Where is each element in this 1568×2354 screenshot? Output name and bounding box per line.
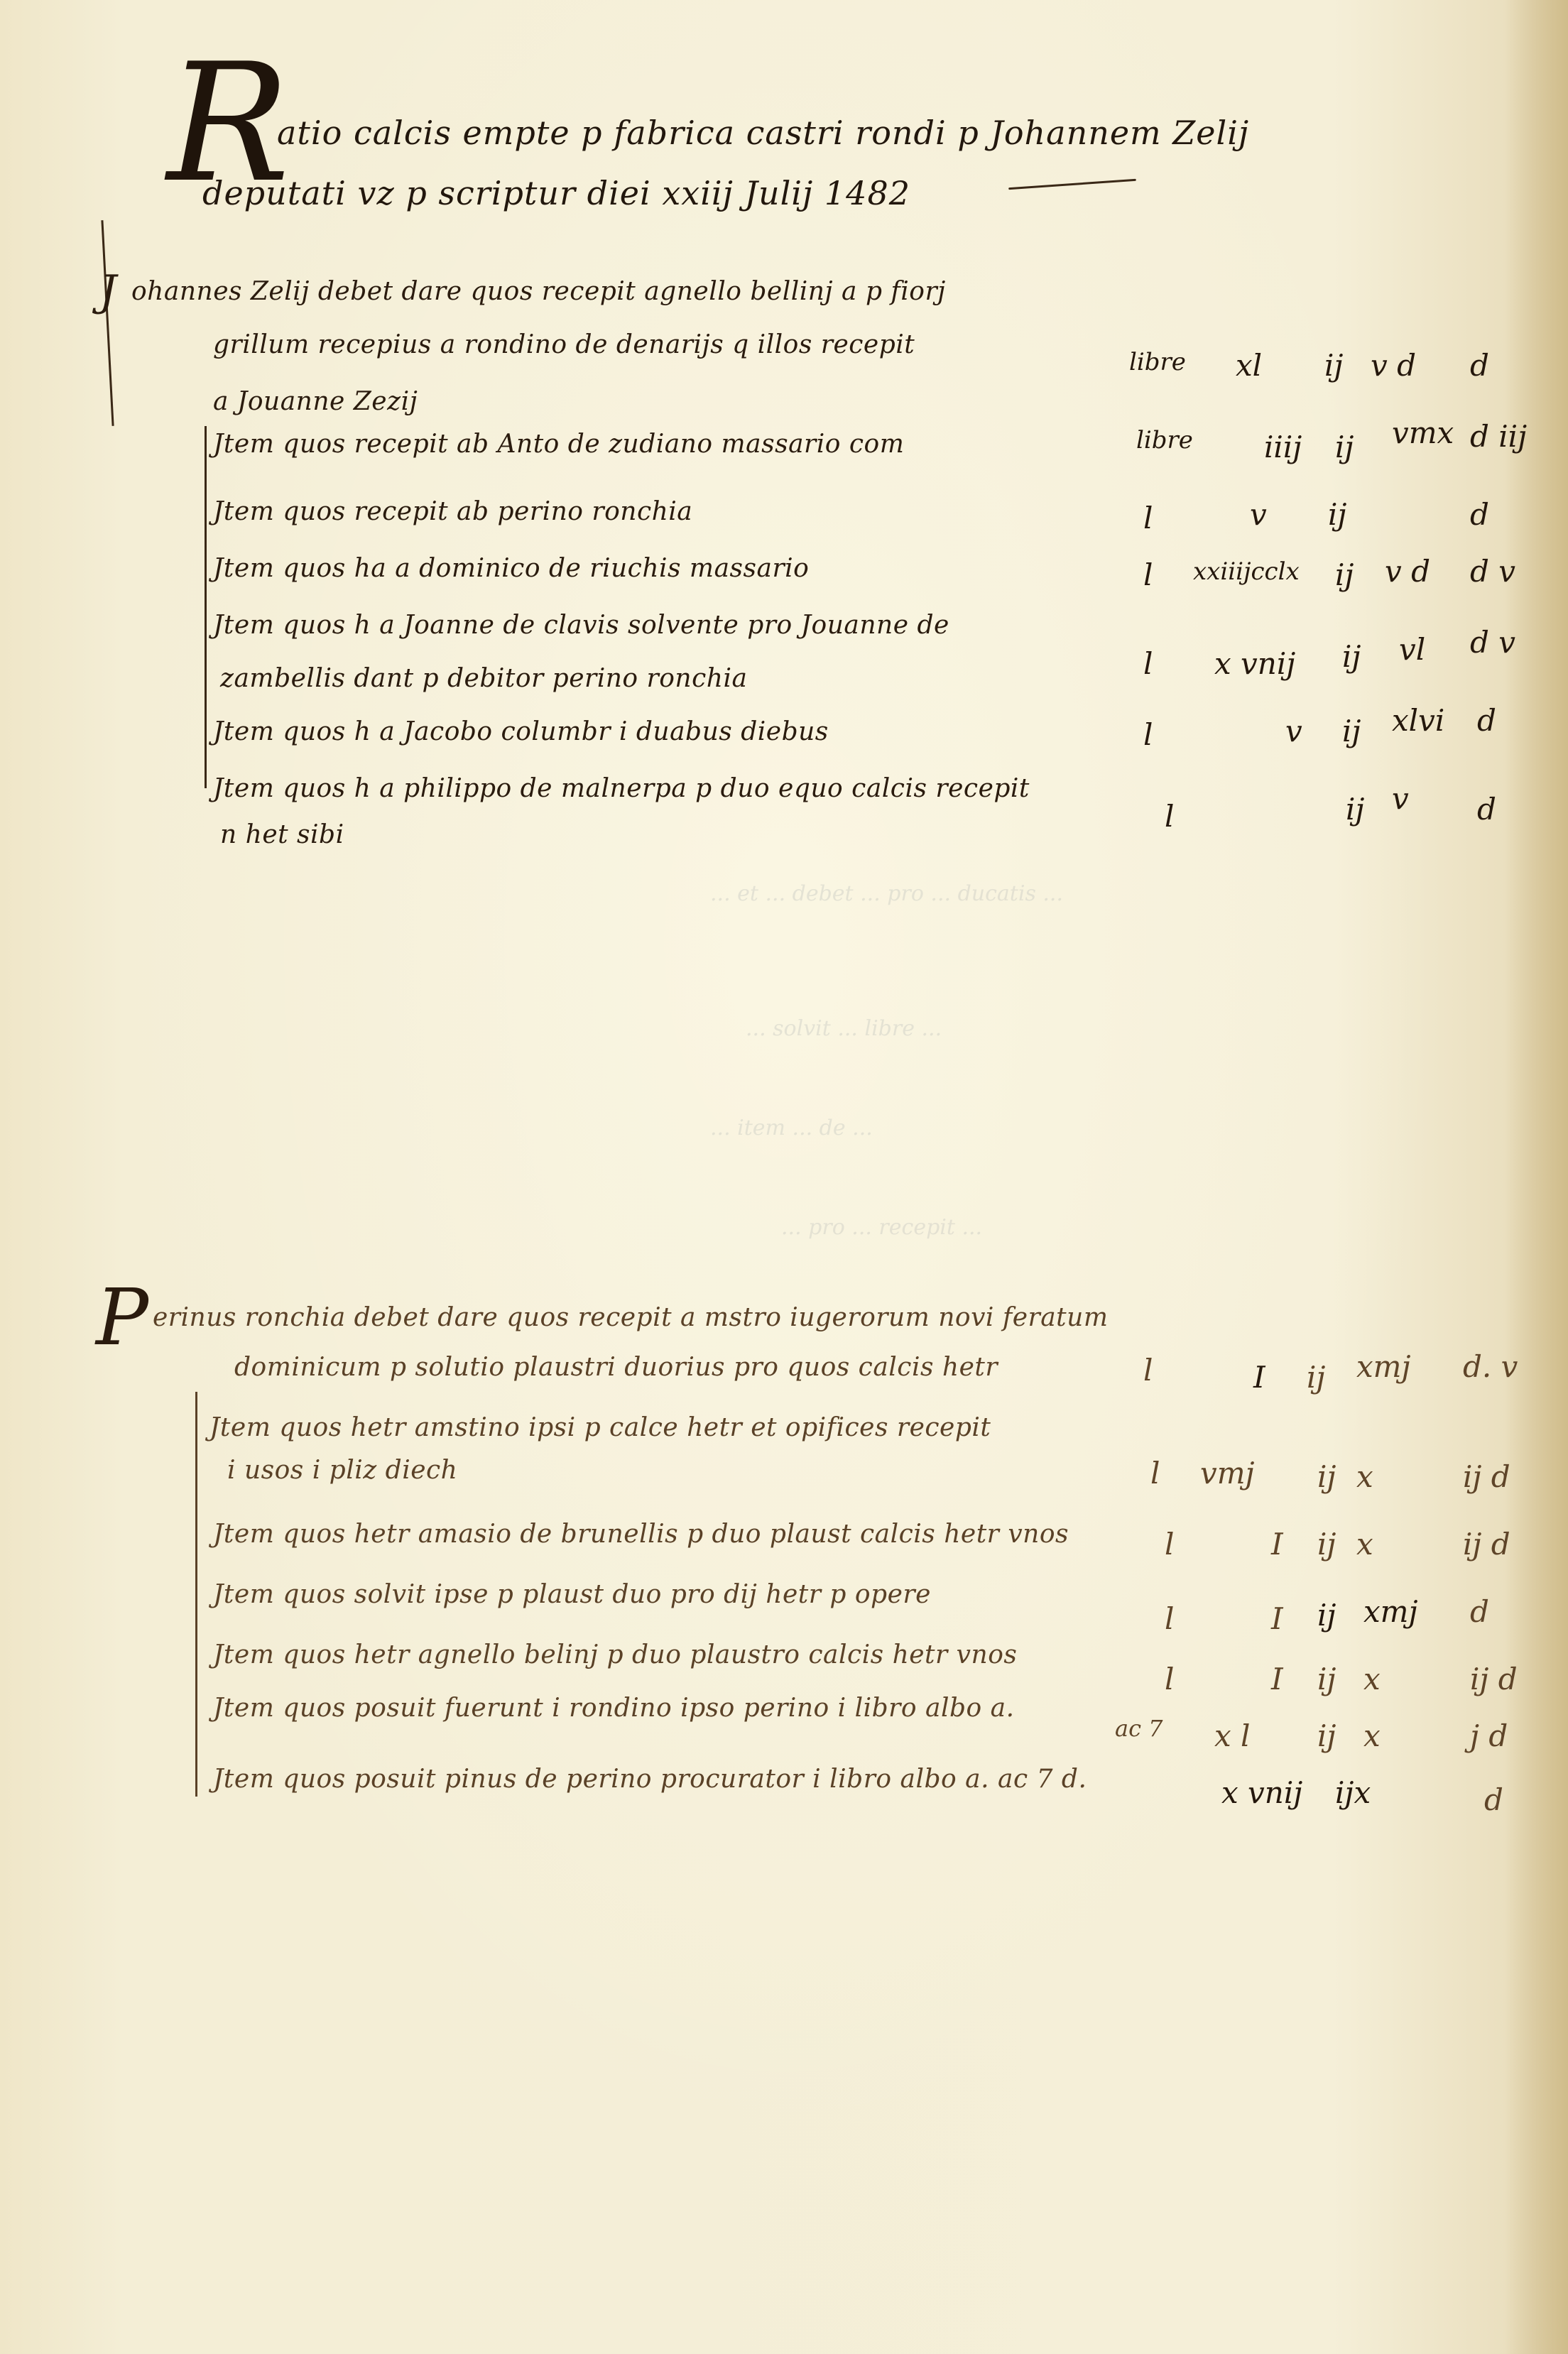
amount-libre: x l xyxy=(1214,1718,1250,1753)
unit-label: l xyxy=(1143,717,1153,752)
entry-text: Jtem quos h a philippo de malnerpa p duo… xyxy=(213,774,1030,803)
amount-tail: ij d xyxy=(1470,1662,1518,1696)
amount-tail: d v xyxy=(1470,625,1515,660)
amount-denari: v d xyxy=(1371,348,1416,383)
entry-text: i usos i pliz diech xyxy=(227,1456,457,1485)
entry-text: Jtem quos hetr agnello belinj p duo plau… xyxy=(213,1640,1017,1669)
amount-denari: x xyxy=(1363,1718,1381,1753)
unit-label: l xyxy=(1143,646,1153,681)
entry-text: Jtem quos posuit pinus de perino procura… xyxy=(213,1765,1087,1794)
section-initial: P xyxy=(96,1278,148,1356)
unit-label: l xyxy=(1165,1527,1174,1562)
amount-soldi: ij xyxy=(1317,1598,1336,1633)
heading-line-1: atio calcis empte p fabrica castri rondi… xyxy=(277,114,1249,152)
amount-soldi: ij xyxy=(1342,714,1361,748)
heading-line-2: deputati vz p scriptur diei xxiij Julij … xyxy=(202,174,910,212)
amount-libre: I xyxy=(1271,1662,1283,1696)
amount-libre: iiij xyxy=(1264,430,1302,464)
entry-text: dominicum p solutio plaustri duorius pro… xyxy=(234,1353,998,1382)
amount-libre: v xyxy=(1250,497,1267,532)
entry-text: Jtem quos posuit fuerunt i rondino ipso … xyxy=(213,1694,1015,1723)
entry-text: a Jouanne Zezij xyxy=(213,387,418,416)
unit-label: l xyxy=(1143,557,1153,592)
amount-denari: v d xyxy=(1385,554,1430,589)
amount-libre: xxiiijcclx xyxy=(1193,557,1300,586)
bleed-through-text: ... et ... debet ... pro ... ducatis ... xyxy=(710,873,1063,915)
unit-label: l xyxy=(1165,799,1174,834)
amount-soldi: ij xyxy=(1342,639,1361,674)
amount-tail: d xyxy=(1470,1594,1489,1629)
amount-libre: x vnij xyxy=(1221,1775,1302,1810)
amount-tail: ij d xyxy=(1463,1459,1510,1494)
unit-label: l xyxy=(1143,501,1153,535)
amount-soldi: ij xyxy=(1317,1459,1336,1494)
item-margin-rule xyxy=(195,1392,197,1797)
bleed-through-text: ... item ... de ... xyxy=(710,1108,873,1149)
unit-label: l xyxy=(1165,1662,1174,1696)
entry-text: Jtem quos h a Joanne de clavis solvente … xyxy=(213,611,949,640)
amount-soldi: ijx xyxy=(1335,1775,1371,1810)
amount-soldi: ij xyxy=(1317,1527,1336,1562)
entry-text: zambellis dant p debitor perino ronchia xyxy=(220,664,747,693)
amount-soldi: ij xyxy=(1307,1360,1325,1395)
amount-tail: ij d xyxy=(1463,1527,1510,1562)
amount-denari: x xyxy=(1356,1527,1373,1562)
entry-text: Jtem quos recepit ab Anto de zudiano mas… xyxy=(213,430,904,459)
amount-reference: ac 7 xyxy=(1115,1715,1163,1742)
entry-text: Jtem quos hetr amasio de brunellis p duo… xyxy=(213,1520,1069,1549)
entry-text: Jtem quos hetr amstino ipsi p calce hetr… xyxy=(209,1413,991,1442)
amount-libre: v xyxy=(1285,714,1302,748)
entry-text: ohannes Zelij debet dare quos recepit ag… xyxy=(131,277,946,306)
amount-libre: I xyxy=(1271,1527,1283,1562)
amount-denari: xmj xyxy=(1356,1349,1411,1384)
amount-tail: d xyxy=(1477,792,1496,827)
amount-libre: I xyxy=(1271,1601,1283,1636)
item-margin-rule xyxy=(205,426,207,788)
amount-denari: x xyxy=(1356,1459,1373,1494)
heading-flourish xyxy=(1008,179,1136,190)
amount-soldi: ij xyxy=(1328,497,1346,532)
amount-tail: d xyxy=(1477,703,1496,738)
amount-tail: d v xyxy=(1470,554,1515,589)
amount-tail: d iij xyxy=(1470,419,1527,454)
amount-libre: I xyxy=(1253,1360,1265,1395)
unit-label: l xyxy=(1165,1601,1174,1636)
amount-tail: d xyxy=(1484,1782,1503,1817)
amount-tail: d xyxy=(1470,348,1489,383)
amount-soldi: ij xyxy=(1324,348,1343,383)
amount-tail: j d xyxy=(1470,1718,1508,1753)
page-edge-shadow xyxy=(1504,0,1568,2354)
amount-denari: vl xyxy=(1399,632,1425,667)
entry-text: erinus ronchia debet dare quos recepit a… xyxy=(153,1303,1108,1332)
amount-soldi: ij xyxy=(1346,792,1364,827)
amount-tail: d. v xyxy=(1463,1349,1518,1384)
section-bracket xyxy=(101,220,114,426)
section-initial: J xyxy=(99,270,116,312)
amount-soldi: ij xyxy=(1317,1662,1336,1696)
entry-text: Jtem quos recepit ab perino ronchia xyxy=(213,497,692,526)
manuscript-page: ... et ... debet ... pro ... ducatis ...… xyxy=(0,0,1568,2354)
entry-text: Jtem quos ha a dominico de riuchis massa… xyxy=(213,554,809,583)
bleed-through-text: ... pro ... recepit ... xyxy=(781,1207,982,1248)
amount-libre: xl xyxy=(1236,348,1262,383)
unit-label: libre xyxy=(1129,348,1186,376)
amount-denari: xlvi xyxy=(1392,703,1444,738)
unit-label: libre xyxy=(1136,426,1193,454)
unit-label: l xyxy=(1150,1456,1160,1491)
amount-libre: x vnij xyxy=(1214,646,1295,681)
entry-text: Jtem quos h a Jacobo columbr i duabus di… xyxy=(213,717,829,746)
amount-denari: xmj xyxy=(1363,1594,1418,1629)
amount-denari: v xyxy=(1392,781,1409,816)
amount-denari: x xyxy=(1363,1662,1381,1696)
amount-libre: vmj xyxy=(1200,1456,1255,1491)
amount-soldi: ij xyxy=(1335,557,1354,592)
amount-soldi: ij xyxy=(1335,430,1354,464)
amount-tail: d xyxy=(1470,497,1489,532)
amount-soldi: ij xyxy=(1317,1718,1336,1753)
bleed-through-text: ... solvit ... libre ... xyxy=(746,1008,942,1050)
entry-text: n het sibi xyxy=(220,820,344,849)
entry-text: Jtem quos solvit ipse p plaust duo pro d… xyxy=(213,1580,931,1609)
entry-text: grillum recepius a rondino de denarijs q… xyxy=(213,330,915,359)
amount-denari: vmx xyxy=(1392,415,1454,450)
unit-label: l xyxy=(1143,1353,1153,1388)
